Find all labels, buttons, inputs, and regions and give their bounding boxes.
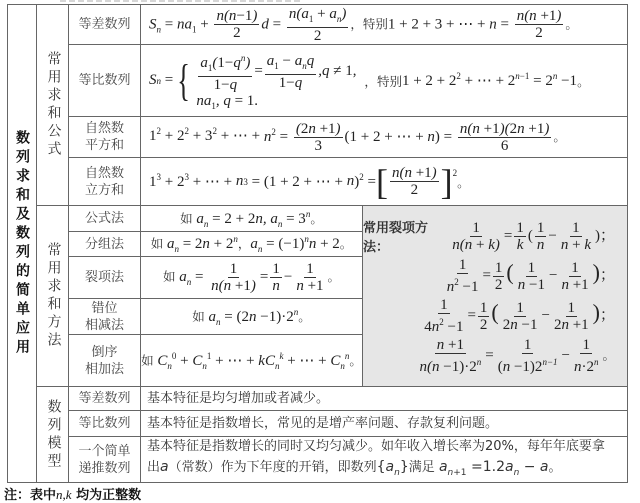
formula-text: 如 an = 2 + 2n, an = 3n。 — [180, 209, 323, 229]
footnote-vars: n,k — [56, 487, 72, 502]
model-arithmetic-text: 基本特征是均匀增加或者减少。 — [140, 386, 628, 411]
row-label-model-geometric: 等比数列 — [68, 410, 141, 437]
formula-text: 12 + 22 + 32 + ⋯ + n2 = (2n +1)3(1 + 2 +… — [149, 121, 566, 154]
row-label-text: 立方和 — [85, 182, 124, 199]
row-label-grouping-method: 分组法 — [68, 231, 141, 257]
identity-2: 1n2 −1=12(1n −1−1n +1)； — [443, 257, 615, 295]
row-label-reverse-add-method: 倒序相加法 — [68, 334, 141, 387]
footnote: 注：表中n,k 均为正整数 — [4, 484, 141, 503]
side-box-title: 常用裂项方法： — [363, 217, 448, 255]
row-label-text: 平方和 — [85, 137, 124, 154]
section-heading-text: 数列模型 — [43, 399, 63, 471]
formula-geometric-sum: Sn ={ a1(1−qn)1−q=a1 − anq1−q,q ≠ 1, na1… — [140, 44, 628, 117]
formula-text: Sn ={ a1(1−qn)1−q=a1 − anq1−q,q ≠ 1, na1… — [149, 50, 590, 111]
row-label-text: 公式法 — [85, 210, 124, 227]
formula-square-sum: 12 + 22 + 32 + ⋯ + n2 = (2n +1)3(1 + 2 +… — [140, 116, 628, 158]
row-label-text: 等差数列 — [78, 16, 130, 33]
row-label-text: 自然数 — [85, 120, 124, 137]
row-label-cube-sum: 自然数立方和 — [68, 157, 141, 206]
row-label-text: 等比数列 — [78, 72, 130, 89]
row-label-text: 相加法 — [85, 361, 124, 378]
model-text: 基本特征是指数增长，常见的是增产率问题、存款复利问题。 — [147, 413, 498, 434]
row-label-text: 错位 — [91, 300, 117, 317]
row-label-square-sum: 自然数平方和 — [68, 116, 141, 158]
row-label-text: 相减法 — [85, 317, 124, 334]
example-formula-method: 如 an = 2 + 2n, an = 3n。 — [140, 205, 363, 232]
example-grouping-method: 如 an = 2n + 2n，an = (−1)nn + 2。 — [140, 231, 363, 257]
row-label-text: 自然数 — [85, 165, 124, 182]
formula-text: 13 + 23 + ⋯ + n3 = (1 + 2 + ⋯ + n)2 = [n… — [149, 164, 470, 200]
row-label-model-recursive: 一个简单递推数列 — [68, 436, 141, 483]
row-label-text: 等差数列 — [78, 390, 130, 407]
example-reverse-add-method: 如 Cn0 + Cn1 + ⋯ + kCnk + ⋯ + Cnn。 — [140, 334, 363, 387]
row-label-telescoping-method: 裂项法 — [68, 256, 141, 299]
section-heading-text: 常用求和方法 — [43, 242, 63, 350]
footnote-prefix: 注：表中 — [4, 488, 56, 503]
section-heading-formulas: 常用求和公式 — [36, 4, 69, 206]
identity-4: n +1n(n −1)·2n=1(n −1)2n−1−1n·2n。 — [416, 337, 615, 375]
row-label-arithmetic: 等差数列 — [68, 4, 141, 45]
section-heading-text: 常用求和公式 — [43, 51, 63, 159]
row-label-shift-subtract-method: 错位相减法 — [68, 298, 141, 335]
formula-text: 如 an = 2n + 2n，an = (−1)nn + 2。 — [151, 234, 353, 254]
model-text-line1: 基本特征是指数增长的同时又均匀减少。如年收入增长率为20%，每年年底要拿 — [147, 436, 605, 457]
section-heading-methods: 常用求和方法 — [36, 205, 69, 387]
formula-arithmetic-sum: Sn = na1 + n(n−1)2d = n(a1 + an)2，特别1 + … — [140, 4, 628, 45]
footnote-suffix: 均为正整数 — [72, 488, 142, 503]
telescoping-identities-box: 常用裂项方法： 1n(n + k)=1k(1n−1n + k)； 1n2 −1=… — [362, 205, 628, 387]
model-text-line2: 出a（常数）作为下年度的开销，即数列{an}满足 an+1 =1.2an − a… — [147, 457, 562, 484]
row-label-text: 一个简单 — [78, 443, 130, 460]
row-label-text: 倒序 — [91, 344, 117, 361]
formula-text: 如 an = (2n −1)·2n。 — [192, 307, 310, 327]
model-geometric-text: 基本特征是指数增长，常见的是增产率问题、存款复利问题。 — [140, 410, 628, 437]
formula-text: 如 an = 1n(n +1)=1n−1n +1。 — [163, 261, 340, 294]
main-heading-cell: 数列求和及数列的简单应用 — [7, 4, 37, 483]
row-label-model-arithmetic: 等差数列 — [68, 386, 141, 411]
example-telescoping-method: 如 an = 1n(n +1)=1n−1n +1。 — [140, 256, 363, 299]
main-heading: 数列求和及数列的简单应用 — [12, 130, 32, 358]
formula-text: 如 Cn0 + Cn1 + ⋯ + kCnk + ⋯ + Cnn。 — [141, 351, 362, 371]
row-label-text: 分组法 — [85, 236, 124, 253]
model-recursive-text: 基本特征是指数增长的同时又均匀减少。如年收入增长率为20%，每年年底要拿 出a（… — [140, 436, 628, 483]
row-label-text: 裂项法 — [85, 269, 124, 286]
section-heading-models: 数列模型 — [36, 386, 69, 483]
formula-text: Sn = na1 + n(n−1)2d = n(a1 + an)2，特别1 + … — [149, 6, 578, 44]
row-label-formula-method: 公式法 — [68, 205, 141, 232]
example-shift-subtract-method: 如 an = (2n −1)·2n。 — [140, 298, 363, 335]
model-text: 基本特征是均匀增加或者减少。 — [147, 388, 329, 409]
identity-3: 14n2 −1=12(12n −1−12n +1)； — [420, 297, 615, 335]
row-label-text: 等比数列 — [78, 415, 130, 432]
row-label-geometric: 等比数列 — [68, 44, 141, 117]
row-label-text: 递推数列 — [78, 460, 130, 477]
formula-cube-sum: 13 + 23 + ⋯ + n3 = (1 + 2 + ⋯ + n)2 = [n… — [140, 157, 628, 206]
identity-1: 1n(n + k)=1k(1n−1n + k)； — [448, 220, 615, 253]
